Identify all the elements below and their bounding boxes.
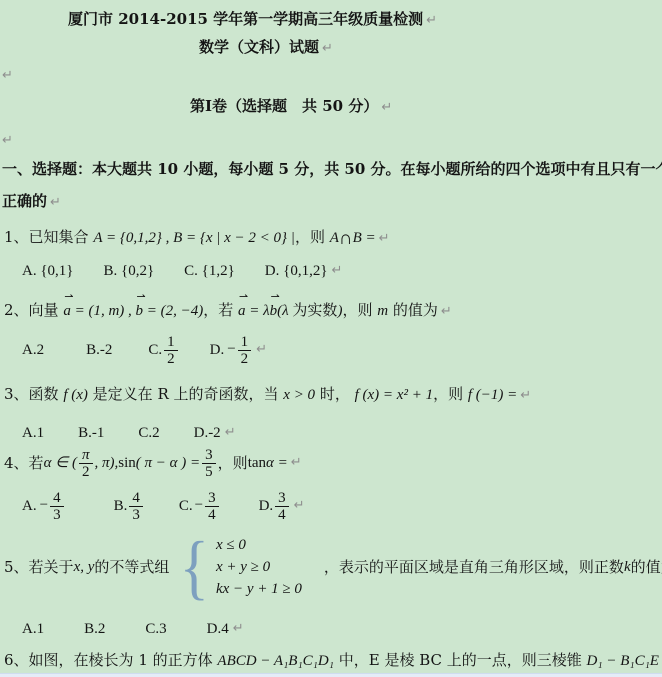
fraction: 43 [50,490,64,523]
bottom-edge-strip [0,673,662,677]
math-segment: (λ [277,303,292,319]
exam-title: 厦门市 2014-2015 学年第一学期高三年级质量检测↵ [68,9,437,31]
math-segment: α ∈ ( [44,453,77,473]
instruction-text-line1: 一、选择题：本大题共 10 小题，每小题 5 分，共 50 分。在每小题所给的四… [2,159,662,179]
question-5-stem: 5、若关于 x, y 的不等式组 { x ≤ 0 x + y ≥ 0 kx − … [4,531,662,603]
option-d: D.4 [207,619,229,639]
math-segment: f (x) = x² + 1 [355,387,433,403]
option-d: D.34 [259,490,291,523]
text-segment: 的不等式组 [94,557,169,577]
question-5-options: A.1 B.2 C.3 D.4 ↵ [22,619,244,639]
question-number: 6、 [4,651,29,669]
math-segment: D₁ − B₁C₁E [587,653,659,669]
question-number: 4、 [4,453,29,473]
text-segment: 若 [29,453,44,473]
math-segment: A = {0,1,2} , B = {x | x − 2 < 0} | [93,230,295,246]
vector-arrow-icon: ⇀ [64,292,73,302]
paragraph-mark: ↵ [426,13,437,28]
paragraph-mark: ↵ [332,261,343,281]
option-c: C.12 [148,334,179,367]
question-2-stem: 2、向量 ⇀a = (1, m) , ⇀b = (2, −4)，若 ⇀a = λ… [4,300,452,322]
function-name: tan [248,453,266,473]
paragraph-mark: ↵ [441,304,452,319]
math-segment: a [63,303,71,319]
math-segment: = (1, m) , [71,303,136,319]
vector-b: ⇀b [270,301,278,321]
inequality-line: kx − y + 1 ≥ 0 [216,578,302,600]
paragraph-mark: ↵ [256,340,267,360]
empty-paragraph: ↵ [2,64,13,86]
question-3-options: A.1 B.-1 C.2 D.-2 ↵ [22,423,236,443]
question-number: 5、 [4,557,29,577]
text-segment: ，若 [203,301,238,319]
option-label: D. [259,497,274,513]
exam-title-text: 厦门市 2014-2015 学年第一学期高三年级质量检测 [68,10,423,28]
intersection-symbol: ∩ [339,228,353,249]
option-c: C. {1,2} [184,261,235,281]
text-segment: 函数 [29,385,64,403]
instruction-text-line2: 正确的↵ [2,191,61,213]
option-a: A.1 [22,423,44,443]
paragraph-mark: ↵ [294,496,305,516]
question-1-stem: 1、已知集合 A = {0,1,2} , B = {x | x − 2 < 0}… [4,227,390,249]
fraction: 43 [129,490,143,523]
paragraph-mark: ↵ [233,619,244,639]
math-segment: = λ [246,303,270,319]
text-segment: ，则 [342,301,377,319]
inequality-line: x + y ≥ 0 [216,556,302,578]
paragraph-mark: ↵ [291,453,302,473]
vector-b: ⇀b [136,301,144,321]
option-b: B.-1 [78,423,104,443]
option-b: B.2 [84,619,105,639]
question-2-options: A.2 B.-2 C.12 D.−12 ↵ [22,330,267,370]
text-segment: 如图，在棱长为 1 的正方体 [29,651,218,669]
text-segment: 为实数 [292,301,337,319]
fraction: 34 [205,490,219,523]
minus-sign: − [227,341,235,357]
section-heading: 第Ⅰ卷（选择题 共 50 分）↵ [190,96,392,118]
option-d: D.-2 [194,423,221,443]
question-number: 3、 [4,385,29,403]
vector-arrow-icon: ⇀ [271,292,280,302]
subject-title: 数学（文科）试题↵ [199,37,333,59]
question-3-stem: 3、函数 f (x) 是定义在 R 上的奇函数，当 x > 0 时， f (x)… [4,384,531,406]
fraction: π2 [79,447,93,480]
system-brace: { [180,535,209,600]
question-number: 2、 [4,301,29,319]
option-b: B.-2 [86,340,112,360]
function-name: sin [118,453,136,473]
section-heading-text: 第Ⅰ卷（选择题 共 50 分） [190,97,378,115]
paragraph-mark: ↵ [381,100,392,115]
option-label: C. [179,497,193,513]
option-a: A. {0,1} [22,261,73,281]
paragraph-mark: ↵ [2,68,13,83]
text-segment: 的值为 [631,557,662,577]
question-4-options: A.−43 B.43 C.−34 D.34 ↵ [22,486,305,526]
question-6-stem: 6、如图，在棱长为 1 的正方体 ABCD − A₁B₁C₁D₁ 中，E 是棱 … [4,650,662,671]
minus-sign: − [40,497,48,513]
minus-sign: − [195,497,203,513]
question-4-stem: 4、若 α ∈ (π2, π), sin( π − α ) = 35，则 tan… [4,442,302,484]
vector-a: ⇀a [238,301,246,321]
instruction-text: 正确的 [2,192,47,210]
math-segment: ABCD − A₁B₁C₁D₁ [217,653,334,669]
math-segment: , π), [95,453,119,473]
math-segment: = (2, −4) [143,303,203,319]
option-label: B. [114,497,128,513]
question-number: 1、 [4,228,29,246]
inequality-line: x ≤ 0 [216,534,302,556]
option-a: A.2 [22,340,44,360]
math-segment: b [270,303,278,319]
math-segment: f (−1) = [468,387,517,403]
text-segment: 向量 [29,301,64,319]
math-segment: A [330,230,339,246]
option-d: D.−12 [210,334,254,367]
math-segment: ( π − α ) = [136,453,200,473]
text-segment: ，则 [295,228,330,246]
instruction-text: 一、选择题：本大题共 10 小题，每小题 5 分，共 50 分。在每小题所给的四… [2,160,662,178]
math-segment: = [362,230,376,246]
subject-title-text: 数学（文科）试题 [199,38,319,56]
text-segment: ，则 [433,385,468,403]
text-segment: ，表示的平面区域是直角三角形区域，则正数 [324,557,624,577]
text-segment: 若关于 [29,557,74,577]
inequality-system: x ≤ 0 x + y ≥ 0 kx − y + 1 ≥ 0 [216,534,302,600]
paragraph-mark: ↵ [322,41,333,56]
text-segment: 是定义在 R 上的奇函数，当 [88,385,283,403]
option-c: C.2 [138,423,159,443]
paragraph-mark: ↵ [50,195,61,210]
text-segment: 中，E 是棱 BC 上的一点，则三棱锥 [334,651,587,669]
question-1-options: A. {0,1} B. {0,2} C. {1,2} D. {0,1,2} ↵ [22,261,342,281]
text-segment: ，则 [218,453,248,473]
math-segment: α = [266,453,288,473]
vector-arrow-icon: ⇀ [137,292,146,302]
fraction: 35 [202,447,216,480]
option-label: D. [210,341,225,357]
exam-document-page: 厦门市 2014-2015 学年第一学期高三年级质量检测↵ 数学（文科）试题↵ … [0,0,662,677]
math-segment: f (x) [63,387,88,403]
option-a: A.1 [22,619,44,639]
fraction: 12 [238,334,252,367]
option-label: A. [22,497,37,513]
math-segment: m [377,303,388,319]
option-d: D. {0,1,2} [265,261,328,281]
fraction: 12 [164,334,178,367]
option-c: C.3 [145,619,166,639]
math-segment: x, y [74,557,95,577]
option-c: C.−34 [179,490,221,523]
paragraph-mark: ↵ [379,231,390,246]
math-segment: k [624,557,631,577]
math-segment: B [353,230,362,246]
vector-arrow-icon: ⇀ [239,292,248,302]
option-a: A.−43 [22,490,66,523]
text-segment: 已知集合 [29,228,94,246]
vector-a: ⇀a [63,301,71,321]
text-segment: 时， [315,385,355,403]
math-segment: b [136,303,144,319]
empty-paragraph: ↵ [2,129,13,151]
paragraph-mark: ↵ [520,388,531,403]
option-b: B.43 [114,490,145,523]
option-label: C. [148,341,162,357]
paragraph-mark: ↵ [225,423,236,443]
text-segment: 的值为 [388,301,438,319]
paragraph-mark: ↵ [2,133,13,148]
math-segment: x > 0 [283,387,315,403]
fraction: 34 [275,490,289,523]
math-segment: a [238,303,246,319]
option-b: B. {0,2} [103,261,154,281]
